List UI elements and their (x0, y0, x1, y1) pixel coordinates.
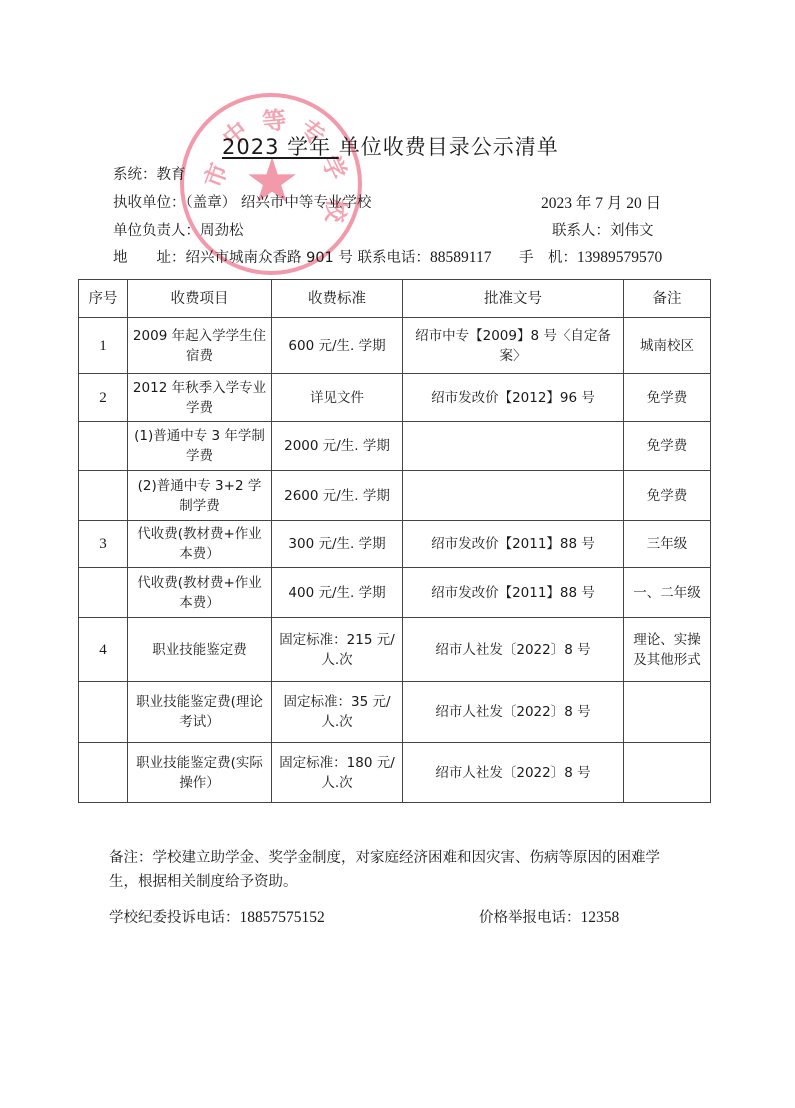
cell-no (79, 568, 128, 618)
cell-no (79, 422, 128, 471)
phone-value: 88589117 (430, 249, 491, 266)
cell-approval: 绍市中专【2009】8 号〈自定备案〉 (403, 318, 624, 374)
complaint-phone: 18857575152 (240, 909, 325, 926)
cell-no: 4 (79, 618, 128, 682)
address-line: 地 址：绍兴市城南众香路 901 号 联系电话：88589117 (113, 246, 491, 267)
price-report-label: 价格举报电话： (479, 910, 581, 926)
mobile-value: 13989579570 (577, 249, 662, 266)
cell-standard: 2000 元/生. 学期 (272, 422, 403, 471)
cell-approval: 绍市发改价【2012】96 号 (403, 374, 624, 422)
cell-approval (403, 471, 624, 521)
cell-item: (1)普通中专 3 年学制学费 (128, 422, 272, 471)
cell-standard: 400 元/生. 学期 (272, 568, 403, 618)
table-row: 2 2012 年秋季入学专业学费 详见文件 绍市发改价【2012】96 号 免学… (79, 374, 711, 422)
address-label: 地 址： (113, 250, 186, 266)
page-title: 2023 学年 单位收费目录公示清单 (222, 131, 559, 161)
phone-label: 联系电话： (358, 250, 431, 266)
cell-standard: 2600 元/生. 学期 (272, 471, 403, 521)
footer-note: 备注：学校建立助学金、奖学金制度，对家庭经济困难和因灾害、伤病等原因的困难学生，… (109, 846, 669, 894)
table-row: 职业技能鉴定费(实际操作） 固定标准：180 元/人.次 绍市人社发〔2022〕… (79, 743, 711, 803)
cell-no (79, 471, 128, 521)
cell-standard: 300 元/生. 学期 (272, 521, 403, 568)
document-date: 2023 年 7 月 20 日 (541, 191, 661, 213)
header-no: 序号 (79, 280, 128, 318)
address-value: 绍兴市城南众香路 901 号 (186, 250, 353, 266)
cell-item: 职业技能鉴定费 (128, 618, 272, 682)
cell-item: (2)普通中专 3+2 学制学费 (128, 471, 272, 521)
cell-item: 代收费(教材费+作业本费） (128, 521, 272, 568)
cell-item: 职业技能鉴定费(理论考试） (128, 682, 272, 743)
unit-value: 绍兴市中等专业学校 (241, 195, 372, 211)
responsible-value: 周劲松 (200, 223, 244, 239)
system-label: 系统： (113, 167, 157, 183)
table-row: (1)普通中专 3 年学制学费 2000 元/生. 学期 免学费 (79, 422, 711, 471)
contact-line: 联系人：刘伟文 (552, 219, 654, 240)
contact-value: 刘伟文 (610, 223, 654, 239)
mobile-line: 手 机：13989579570 (519, 246, 662, 267)
cell-item: 2009 年起入学学生住宿费 (128, 318, 272, 374)
seal-char: 市 (193, 157, 234, 192)
cell-remark: 城南校区 (624, 318, 711, 374)
cell-approval: 绍市发改价【2011】88 号 (403, 521, 624, 568)
cell-no (79, 743, 128, 803)
table-row: 3 代收费(教材费+作业本费） 300 元/生. 学期 绍市发改价【2011】8… (79, 521, 711, 568)
cell-no: 2 (79, 374, 128, 422)
price-report-line: 价格举报电话：12358 (479, 906, 619, 930)
header-approval: 批准文号 (403, 280, 624, 318)
cell-remark (624, 743, 711, 803)
system-line: 系统：教育 (113, 163, 186, 184)
cell-remark: 三年级 (624, 521, 711, 568)
cell-standard: 固定标准：35 元/人.次 (272, 682, 403, 743)
cell-standard: 固定标准：215 元/人.次 (272, 618, 403, 682)
cell-remark (624, 682, 711, 743)
system-value: 教育 (157, 167, 186, 183)
table-row: (2)普通中专 3+2 学制学费 2600 元/生. 学期 免学费 (79, 471, 711, 521)
cell-remark: 理论、实操及其他形式 (624, 618, 711, 682)
cell-standard: 600 元/生. 学期 (272, 318, 403, 374)
complaint-label: 学校纪委投诉电话： (109, 910, 240, 926)
cell-remark: 免学费 (624, 422, 711, 471)
header-item: 收费项目 (128, 280, 272, 318)
cell-remark: 免学费 (624, 374, 711, 422)
header-remark: 备注 (624, 280, 711, 318)
mobile-label: 手 机： (519, 250, 577, 266)
fee-table: 序号 收费项目 收费标准 批准文号 备注 1 2009 年起入学学生住宿费 60… (78, 279, 711, 803)
responsible-label: 单位负责人： (113, 223, 200, 239)
cell-remark: 免学费 (624, 471, 711, 521)
table-row: 4 职业技能鉴定费 固定标准：215 元/人.次 绍市人社发〔2022〕8 号 … (79, 618, 711, 682)
cell-approval (403, 422, 624, 471)
cell-no: 1 (79, 318, 128, 374)
cell-approval: 绍市人社发〔2022〕8 号 (403, 682, 624, 743)
cell-item: 职业技能鉴定费(实际操作） (128, 743, 272, 803)
cell-standard: 固定标准：180 元/人.次 (272, 743, 403, 803)
table-row: 职业技能鉴定费(理论考试） 固定标准：35 元/人.次 绍市人社发〔2022〕8… (79, 682, 711, 743)
cell-remark: 一、二年级 (624, 568, 711, 618)
responsible-line: 单位负责人：周劲松 (113, 219, 244, 240)
contact-label: 联系人： (552, 223, 610, 239)
cell-approval: 绍市人社发〔2022〕8 号 (403, 618, 624, 682)
cell-standard: 详见文件 (272, 374, 403, 422)
table-header-row: 序号 收费项目 收费标准 批准文号 备注 (79, 280, 711, 318)
table-row: 1 2009 年起入学学生住宿费 600 元/生. 学期 绍市中专【2009】8… (79, 318, 711, 374)
cell-no: 3 (79, 521, 128, 568)
cell-approval: 绍市发改价【2011】88 号 (403, 568, 624, 618)
header-standard: 收费标准 (272, 280, 403, 318)
title-year: 2023 学年 (222, 135, 339, 159)
cell-item: 2012 年秋季入学专业学费 (128, 374, 272, 422)
unit-line: 执收单位：（盖章） 绍兴市中等专业学校 (113, 191, 371, 212)
price-report-phone: 12358 (581, 909, 620, 926)
complaint-line: 学校纪委投诉电话：18857575152 (109, 906, 325, 930)
cell-approval: 绍市人社发〔2022〕8 号 (403, 743, 624, 803)
unit-seal: （盖章） (186, 195, 237, 211)
title-main: 单位收费目录公示清单 (339, 135, 559, 159)
unit-label: 执收单位： (113, 195, 186, 211)
cell-no (79, 682, 128, 743)
cell-item: 代收费(教材费+作业本费） (128, 568, 272, 618)
table-row: 代收费(教材费+作业本费） 400 元/生. 学期 绍市发改价【2011】88 … (79, 568, 711, 618)
